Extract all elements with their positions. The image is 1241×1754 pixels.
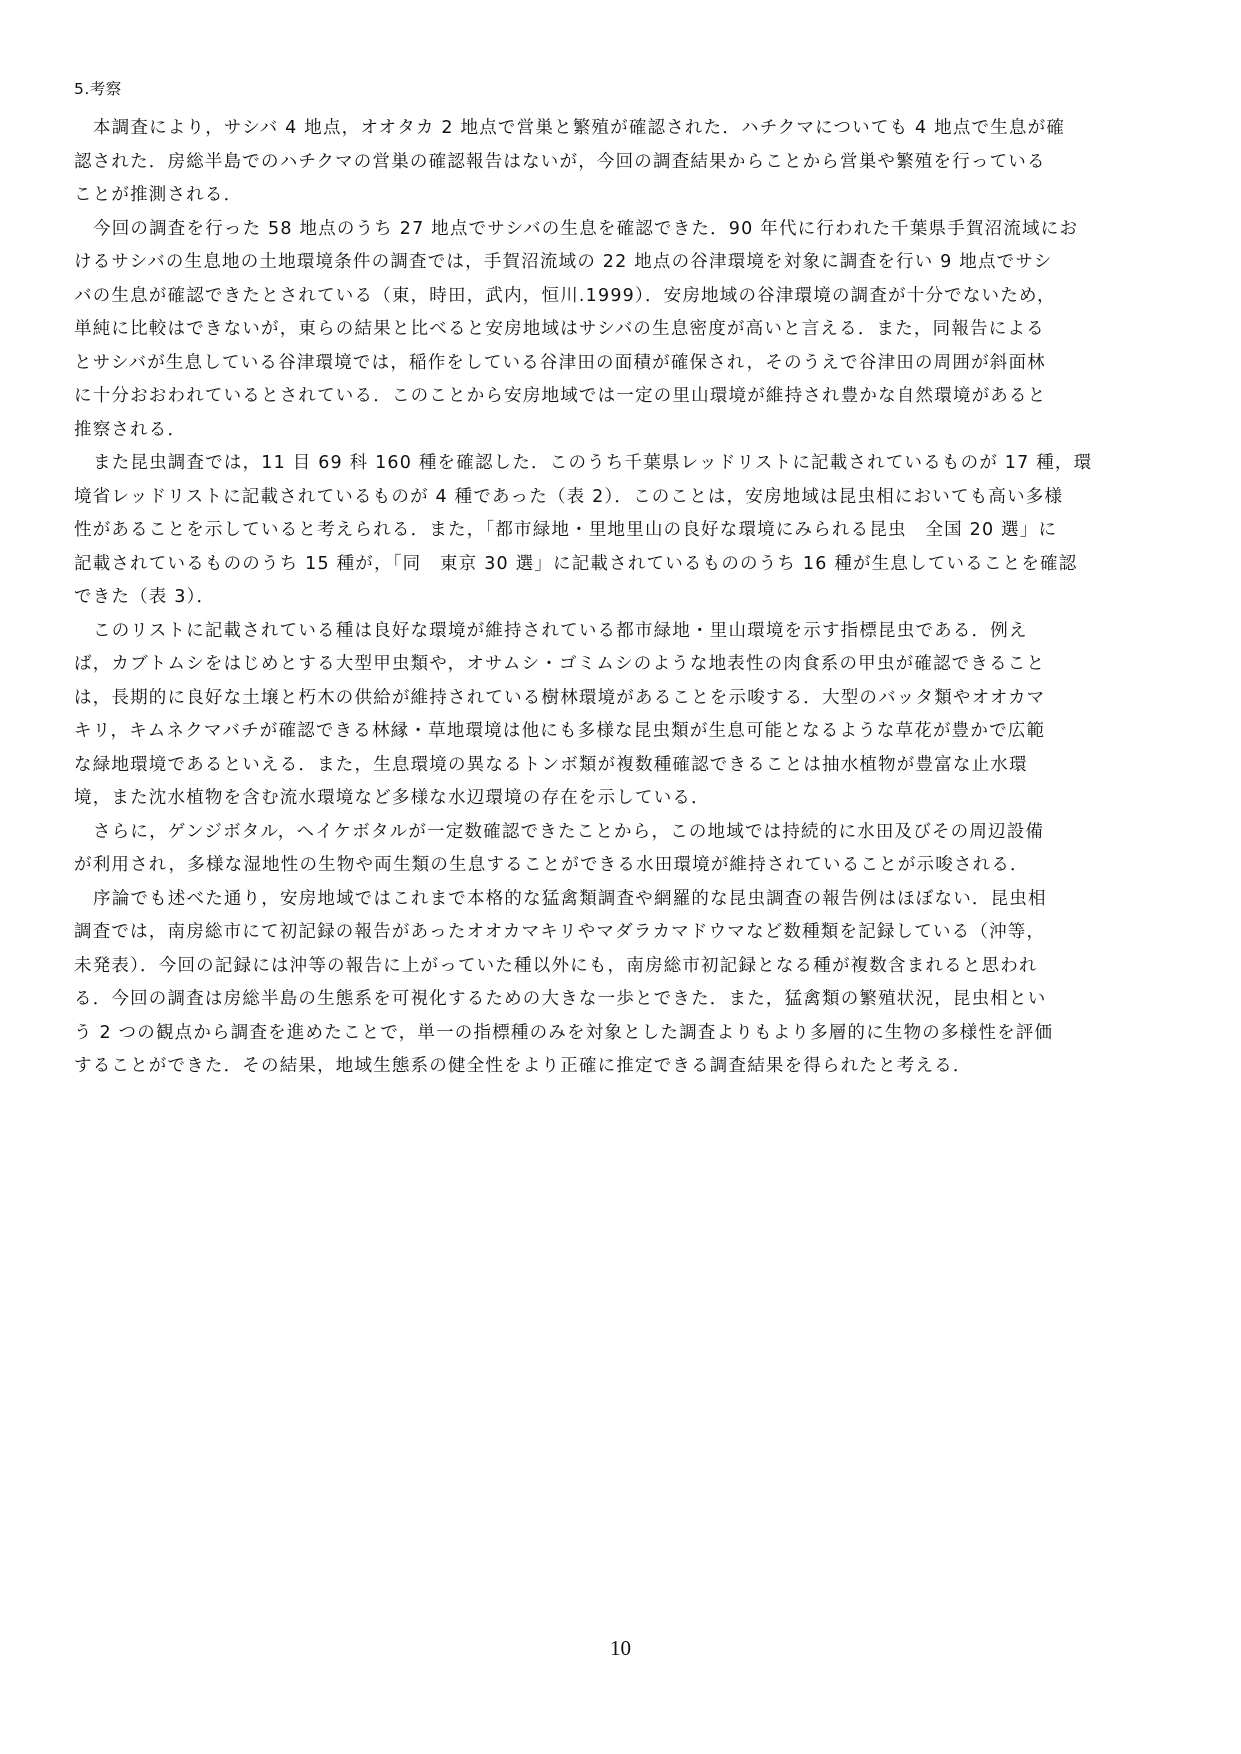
- text-line: キリ，キムネクマバチが確認できる林縁・草地環境は他にも多様な昆虫類が生息可能とな…: [74, 715, 1169, 749]
- text-line: る．今回の調査は房総半島の生態系を可視化するための大きな一歩とできた．また，猛禽…: [74, 983, 1169, 1017]
- text-line: このリストに記載されている種は良好な環境が維持されている都市緑地・里山環境を示す…: [74, 615, 1169, 649]
- text-line: さらに，ゲンジボタル，ヘイケボタルが一定数確認できたことから，この地域では持続的…: [74, 816, 1169, 850]
- text-line: 未発表）．今回の記録には沖等の報告に上がっていた種以外にも，南房総市初記録となる…: [74, 950, 1169, 984]
- text-line: 記載されているもののうち 15 種が，「同 東京 30 選」に記載されているもの…: [74, 548, 1169, 582]
- text-line: 境省レッドリストに記載されているものが 4 種であった（表 2）．このことは，安…: [74, 481, 1169, 515]
- text-line: けるサシバの生息地の土地環境条件の調査では，手賀沼流域の 22 地点の谷津環境を…: [74, 246, 1169, 280]
- text-line: 今回の調査を行った 58 地点のうち 27 地点でサシバの生息を確認できた．90…: [74, 213, 1169, 247]
- paragraph-sashiba-comparison: 今回の調査を行った 58 地点のうち 27 地点でサシバの生息を確認できた．90…: [74, 213, 1169, 448]
- text-line: 単純に比較はできないが，東らの結果と比べると安房地域はサシバの生息密度が高いと言…: [74, 313, 1169, 347]
- text-line: う 2 つの観点から調査を進めたことで，単一の指標種のみを対象とした調査よりもよ…: [74, 1017, 1169, 1051]
- paragraph-conclusion: 序論でも述べた通り，安房地域ではこれまで本格的な猛禽類調査や網羅的な昆虫調査の報…: [74, 883, 1169, 1084]
- text-line: 性があることを示していると考えられる．また，「都市緑地・里地里山の良好な環境にみ…: [74, 514, 1169, 548]
- text-line: また昆虫調査では，11 目 69 科 160 種を確認した．このうち千葉県レッド…: [74, 447, 1169, 481]
- text-line: 本調査により，サシバ 4 地点，オオタカ 2 地点で営巣と繁殖が確認された．ハチ…: [74, 112, 1169, 146]
- text-line: ことが推測される．: [74, 179, 1169, 213]
- document-body: 5.考察 本調査により，サシバ 4 地点，オオタカ 2 地点で営巣と繁殖が確認さ…: [74, 78, 1169, 1084]
- paragraph-results-raptors: 本調査により，サシバ 4 地点，オオタカ 2 地点で営巣と繁殖が確認された．ハチ…: [74, 112, 1169, 213]
- text-line: ば，カブトムシをはじめとする大型甲虫類や，オサムシ・ゴミムシのような地表性の肉食…: [74, 648, 1169, 682]
- text-line: が利用され，多様な湿地性の生物や両生類の生息することができる水田環境が維持されて…: [74, 849, 1169, 883]
- text-line: な緑地環境であるといえる．また，生息環境の異なるトンボ類が複数種確認できることは…: [74, 749, 1169, 783]
- text-line: バの生息が確認できたとされている（東，時田，武内，恒川.1999）．安房地域の谷…: [74, 280, 1169, 314]
- paragraph-fireflies: さらに，ゲンジボタル，ヘイケボタルが一定数確認できたことから，この地域では持続的…: [74, 816, 1169, 883]
- text-line: できた（表 3）．: [74, 581, 1169, 615]
- text-line: 調査では，南房総市にて初記録の報告があったオオカマキリやマダラカマドウマなど数種…: [74, 916, 1169, 950]
- text-line: 認された．房総半島でのハチクマの営巣の確認報告はないが，今回の調査結果からことか…: [74, 146, 1169, 180]
- text-line: 序論でも述べた通り，安房地域ではこれまで本格的な猛禽類調査や網羅的な昆虫調査の報…: [74, 883, 1169, 917]
- paragraph-indicator-insects: このリストに記載されている種は良好な環境が維持されている都市緑地・里山環境を示す…: [74, 615, 1169, 816]
- page-number: 10: [0, 1636, 1241, 1661]
- section-heading: 5.考察: [74, 78, 1169, 100]
- paragraph-insect-survey: また昆虫調査では，11 目 69 科 160 種を確認した．このうち千葉県レッド…: [74, 447, 1169, 615]
- text-line: は，長期的に良好な土壌と朽木の供給が維持されている樹林環境があることを示唆する．…: [74, 682, 1169, 716]
- text-line: することができた．その結果，地域生態系の健全性をより正確に推定できる調査結果を得…: [74, 1050, 1169, 1084]
- text-line: とサシバが生息している谷津環境では，稲作をしている谷津田の面積が確保され，そのう…: [74, 347, 1169, 381]
- text-line: 推察される．: [74, 414, 1169, 448]
- text-line: に十分おおわれているとされている．このことから安房地域では一定の里山環境が維持さ…: [74, 380, 1169, 414]
- text-line: 境，また沈水植物を含む流水環境など多様な水辺環境の存在を示している．: [74, 782, 1169, 816]
